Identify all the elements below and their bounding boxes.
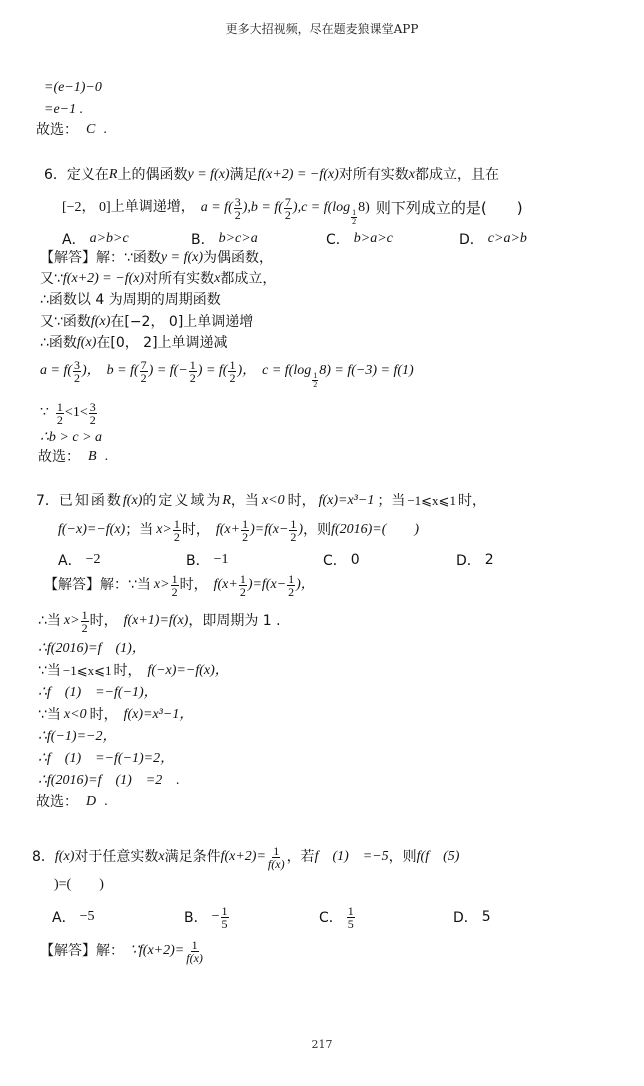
- option-value: 2: [485, 552, 494, 568]
- q7-stem-line1: 7． 已知函数 f(x) 的定义域为 R ，当 x<0 时， f(x)=x³−1…: [36, 492, 486, 510]
- text: 对于任意实数: [74, 848, 158, 866]
- text: ∵当: [38, 706, 61, 724]
- denominator: 2: [140, 372, 148, 384]
- math-text: )=( ): [54, 876, 104, 894]
- fraction: 12: [228, 359, 236, 384]
- math-text: x>: [154, 576, 170, 594]
- page-header-banner: 更多大招视频，尽在题麦狼课堂APP: [0, 20, 644, 37]
- math-text: ∴b > c > a: [40, 429, 102, 447]
- fraction: 32: [89, 401, 97, 426]
- q6-solution-line7: ∵ 12 <1< 32: [40, 398, 98, 428]
- option-label: D．: [453, 907, 478, 927]
- math-text: R: [109, 166, 118, 184]
- option-label: B．: [186, 550, 210, 570]
- math-text: 8) = f(−3) = f(1): [319, 362, 413, 380]
- math-text: ∴f (1) =−f(−1)，: [38, 684, 158, 702]
- fraction: 12: [56, 401, 64, 426]
- q8-option-d[interactable]: D．5: [453, 902, 491, 932]
- math-text: ∴f (1) =−f(−1)=2，: [38, 750, 174, 768]
- q8-option-b[interactable]: B．−15: [184, 902, 230, 932]
- fraction: 32: [73, 359, 81, 384]
- q7-solution-line1: 【解答】解： ∵当 x> 12 时， f(x+ 12 )=f(x− 12 )，: [44, 570, 315, 600]
- numerator: 1: [239, 573, 247, 586]
- text: 对所有实数: [144, 270, 214, 288]
- text: ∵当: [38, 662, 61, 680]
- math-text: )，: [296, 576, 315, 594]
- denominator: f(x): [267, 858, 286, 870]
- option-label: B．: [191, 229, 215, 249]
- text: ，即周期为 1 .: [188, 612, 280, 630]
- q6-stem-line2: [−2， 0]上单调递增， a = f( 32 ),b = f( 72 ),c …: [62, 192, 523, 224]
- q7-solution-line9: ∴f(2016)=f (1) =2 .: [38, 772, 180, 790]
- text: ∴函数: [40, 334, 77, 352]
- text: 则下列成立的是( ): [376, 199, 523, 217]
- math-text: f(x): [77, 334, 96, 352]
- math-text: f(x)=x³−1: [319, 492, 375, 510]
- text: 时，: [90, 706, 118, 724]
- math-text: ),b = f(: [243, 199, 283, 217]
- text: 又∵函数: [40, 313, 91, 331]
- text: 都成立，: [220, 270, 276, 288]
- denominator: 2: [228, 372, 236, 384]
- math-text: y = f(x): [161, 249, 203, 267]
- fraction: 15: [221, 905, 229, 930]
- text: 时，: [182, 521, 210, 539]
- because-symbol: ∵: [40, 404, 49, 422]
- fraction: 12: [173, 518, 181, 543]
- q6-answer: 故选： B .: [38, 448, 108, 466]
- q8-stem-line1: 8． f(x) 对于任意实数 x 满足条件 f(x+2)= 1f(x) ，若 f…: [32, 842, 459, 872]
- denominator: 2: [287, 586, 295, 598]
- option-value: −5: [80, 909, 95, 925]
- denominator: 2: [351, 218, 357, 226]
- fraction: 72: [284, 196, 292, 221]
- prev-line-1: =(e−1)−0: [44, 79, 102, 97]
- numerator: 3: [234, 196, 242, 209]
- math-text: c = f(log: [262, 362, 311, 380]
- fraction: 12: [239, 573, 247, 598]
- prev-answer: 故选： C .: [36, 121, 107, 139]
- fraction: 12: [241, 518, 249, 543]
- q6-solution-line8: ∴b > c > a: [40, 429, 102, 447]
- text: ∵函数: [124, 249, 161, 267]
- denominator: 2: [89, 414, 97, 426]
- denominator: 2: [284, 209, 292, 221]
- text: ∴当: [38, 612, 61, 630]
- math-text: f(x+2)=: [221, 848, 266, 866]
- prev-line-2: =e−1 .: [44, 101, 83, 119]
- math-text: f(x+: [216, 521, 240, 539]
- text: [−2， 0]上单调递增，: [62, 199, 195, 217]
- question-number: 6．: [44, 166, 67, 184]
- punct: .: [103, 121, 107, 139]
- page-number: 217: [0, 1038, 644, 1051]
- answer-label: 故选：: [38, 448, 80, 466]
- q7-solution-line2: ∴当 x> 12 时， f(x+1)=f(x) ，即周期为 1 .: [38, 606, 281, 636]
- fraction: 15: [347, 905, 355, 930]
- option-label: A．: [52, 907, 76, 927]
- numerator: 1: [189, 359, 197, 372]
- option-value: 0: [351, 552, 360, 568]
- text: ，若: [287, 848, 315, 866]
- denominator: 5: [221, 918, 229, 930]
- option-value: 5: [482, 909, 491, 925]
- q7-option-c[interactable]: C．0: [323, 550, 360, 570]
- denominator: 2: [73, 372, 81, 384]
- q7-solution-line4: ∵当 −1⩽x⩽1 时， f(−x)=−f(x)，: [38, 662, 229, 680]
- q8-solution-line1: 【解答】解： ∵f(x+2)= 1f(x): [40, 934, 205, 968]
- text: 时，: [114, 662, 142, 680]
- option-label: C．: [319, 907, 343, 927]
- text: 时，: [458, 492, 486, 510]
- math-text: ∴f(−1)=−2，: [38, 728, 116, 746]
- denominator: 2: [56, 414, 64, 426]
- option-value: b>a>c: [354, 231, 393, 247]
- math-text: f(f (5): [417, 848, 460, 866]
- punct: .: [104, 793, 108, 811]
- math-text: a = f(: [201, 199, 233, 217]
- answer-label: 故选：: [36, 793, 78, 811]
- fraction: 32: [234, 196, 242, 221]
- math-text: f(−x)=−f(x)，: [148, 662, 229, 680]
- q7-solution-line3: ∴f(2016)=f (1)，: [38, 640, 146, 658]
- q7-option-b[interactable]: B．−1: [186, 550, 229, 570]
- answer-label: 故选：: [36, 121, 78, 139]
- question-number: 8．: [32, 848, 55, 866]
- text: ∵当: [128, 576, 151, 594]
- math-text: b = f(: [107, 362, 139, 380]
- denominator: 5: [347, 918, 355, 930]
- numerator: 1: [289, 518, 297, 531]
- option-label: D．: [459, 229, 484, 249]
- solution-head: 【解答】解：: [44, 576, 128, 594]
- option-value: c>a>b: [488, 231, 527, 247]
- q6-option-c[interactable]: C．b>a>c: [326, 229, 393, 249]
- math-text: f(x): [55, 848, 74, 866]
- math-text: f(x): [91, 313, 110, 331]
- numerator: 1: [173, 518, 181, 531]
- text: 对所有实数: [339, 166, 409, 184]
- numerator: 1: [287, 573, 295, 586]
- option-label: D．: [456, 550, 481, 570]
- fraction: 1f(x): [267, 845, 286, 870]
- fraction: 12: [287, 573, 295, 598]
- text: 时，: [180, 576, 208, 594]
- text: ，则: [389, 848, 417, 866]
- q6-solution-line5: ∴函数 f(x) 在[0， 2]上单调递减: [40, 334, 228, 352]
- solution-head: 【解答】解：: [40, 249, 124, 267]
- text: 满足: [230, 166, 258, 184]
- math-text: )，: [237, 362, 256, 380]
- numerator: 3: [73, 359, 81, 372]
- q6-option-b[interactable]: B．b>c>a: [191, 229, 258, 249]
- fraction: 72: [140, 359, 148, 384]
- math-text: x>: [156, 521, 172, 539]
- math-text: ∴f(2016)=f (1) =2 .: [38, 772, 180, 790]
- math-text: ),c = f(log: [293, 199, 350, 217]
- option-label: B．: [184, 907, 208, 927]
- denominator: 2: [173, 531, 181, 543]
- denominator: 2: [289, 531, 297, 543]
- text: 时，: [90, 612, 118, 630]
- math-text: )=f(x−: [250, 521, 288, 539]
- q8-stem-line2: )=( ): [54, 876, 104, 894]
- q7-solution-line7: ∴f(−1)=−2，: [38, 728, 116, 746]
- option-label: C．: [326, 229, 350, 249]
- math-text: =e−1 .: [44, 101, 83, 119]
- text: 已知函数: [59, 492, 123, 510]
- math-text: =(e−1)−0: [44, 79, 102, 97]
- q6-solution-line4: 又∵函数 f(x) 在[−2， 0]上单调递增: [40, 313, 253, 331]
- text: ，当: [231, 492, 259, 510]
- numerator: 1: [228, 359, 236, 372]
- q6-option-d[interactable]: D．c>a>b: [459, 229, 527, 249]
- math-text: a = f(: [40, 362, 72, 380]
- text: 时，: [288, 492, 316, 510]
- text: 定义在: [67, 166, 109, 184]
- option-value: −: [212, 909, 220, 925]
- math-text: x<0: [64, 706, 87, 724]
- numerator: 1: [191, 939, 199, 952]
- q6-solution-line1: 【解答】解： ∵函数 y = f(x) 为偶函数，: [40, 249, 273, 267]
- text: ∴函数以 4 为周期的周期函数: [40, 291, 221, 309]
- log-base-fraction: 12: [351, 209, 357, 226]
- numerator: 7: [140, 359, 148, 372]
- math-text: ∵f(x+2)=: [130, 942, 184, 960]
- math-text: x<0: [262, 492, 285, 510]
- q7-option-a[interactable]: A．−2: [58, 550, 100, 570]
- denominator: 2: [171, 586, 179, 598]
- text: 在[−2， 0]上单调递增: [110, 313, 253, 331]
- q6-solution-line3: ∴函数以 4 为周期的周期函数: [40, 291, 221, 309]
- q7-stem-line2: f(−x)=−f(x) ；当 x> 12 时， f(x+ 12 )=f(x− 1…: [58, 515, 419, 545]
- math-text: )，: [82, 362, 101, 380]
- text: 满足条件: [165, 848, 221, 866]
- math-text: f(x+2) = −f(x): [258, 166, 339, 184]
- log-base-fraction: 12: [312, 372, 318, 389]
- q8-option-a[interactable]: A．−5: [52, 902, 94, 932]
- fraction: 12: [81, 609, 89, 634]
- q6-solution-line2: 又∵ f(x+2) = −f(x) 对所有实数 x 都成立，: [40, 270, 276, 288]
- q7-solution-line5: ∴f (1) =−f(−1)，: [38, 684, 158, 702]
- text: ，则: [303, 521, 331, 539]
- q7-option-d[interactable]: D．2: [456, 550, 494, 570]
- answer-value: B: [88, 448, 97, 466]
- punct: .: [105, 448, 109, 466]
- math-text: ∴f(2016)=f (1)，: [38, 640, 146, 658]
- numerator: 1: [221, 905, 229, 918]
- question-number: 7．: [36, 492, 59, 510]
- fraction: 12: [289, 518, 297, 543]
- q7-answer: 故选： D .: [36, 793, 108, 811]
- math-text: −1⩽x⩽1: [407, 492, 456, 510]
- math-text: ) = f(: [198, 362, 228, 380]
- numerator: 7: [284, 196, 292, 209]
- answer-value: D: [86, 793, 96, 811]
- solution-head: 【解答】解：: [40, 942, 124, 960]
- math-text: R: [222, 492, 231, 510]
- math-text: f(x)=x³−1，: [124, 706, 194, 724]
- denominator: 2: [239, 586, 247, 598]
- option-value: a>b>c: [90, 231, 129, 247]
- option-label: A．: [58, 550, 82, 570]
- denominator: 2: [81, 622, 89, 634]
- q8-option-c[interactable]: C．15: [319, 902, 356, 932]
- text: ；当: [125, 521, 153, 539]
- numerator: 1: [347, 905, 355, 918]
- math-text: y = f(x): [187, 166, 229, 184]
- denominator: 2: [234, 209, 242, 221]
- math-text: f(−x)=−f(x): [58, 521, 125, 539]
- q6-solution-line6: a = f( 32 )， b = f( 72 ) = f(− 12 ) = f(…: [40, 356, 414, 386]
- text: 在[0， 2]上单调递减: [96, 334, 227, 352]
- text: 的定义域为: [142, 492, 222, 510]
- option-value: −2: [86, 552, 101, 568]
- math-text: f(x+1)=f(x): [124, 612, 189, 630]
- fraction: 1f(x): [185, 939, 204, 964]
- text: 都成立，且在: [415, 166, 499, 184]
- math-text: ) = f(−: [149, 362, 188, 380]
- math-text: <1<: [65, 404, 88, 422]
- text: 上的偶函数: [117, 166, 187, 184]
- text: 为偶函数，: [203, 249, 273, 267]
- denominator: 2: [241, 531, 249, 543]
- q6-option-a[interactable]: A．a>b>c: [62, 229, 129, 249]
- math-text: f(x): [123, 492, 142, 510]
- text: 又∵: [40, 270, 63, 288]
- math-text: )=f(x−: [248, 576, 286, 594]
- numerator: 1: [171, 573, 179, 586]
- numerator: 1: [56, 401, 64, 414]
- fraction: 12: [171, 573, 179, 598]
- numerator: 1: [81, 609, 89, 622]
- math-text: f(x+2) = −f(x): [63, 270, 144, 288]
- math-text: 8): [358, 199, 370, 217]
- math-text: x>: [64, 612, 80, 630]
- q6-stem-line1: 6． 定义在 R 上的偶函数 y = f(x) 满足 f(x+2) = −f(x…: [44, 166, 499, 184]
- text: ；当: [377, 492, 405, 510]
- option-label: A．: [62, 229, 86, 249]
- denominator: 2: [189, 372, 197, 384]
- q7-solution-line6: ∵当 x<0 时， f(x)=x³−1，: [38, 706, 193, 724]
- fraction: 12: [189, 359, 197, 384]
- numerator: 1: [272, 845, 280, 858]
- math-text: f (1) =−5: [315, 848, 389, 866]
- math-text: −1⩽x⩽1: [63, 662, 112, 680]
- option-label: C．: [323, 550, 347, 570]
- q7-solution-line8: ∴f (1) =−f(−1)=2，: [38, 750, 174, 768]
- option-value: −1: [214, 552, 229, 568]
- math-text: f(2016)=( ): [331, 521, 419, 539]
- option-value: b>c>a: [219, 231, 258, 247]
- answer-value: C: [86, 121, 95, 139]
- numerator: 3: [89, 401, 97, 414]
- denominator: f(x): [185, 952, 204, 964]
- denominator: 2: [312, 381, 318, 389]
- math-text: f(x+: [214, 576, 238, 594]
- numerator: 1: [241, 518, 249, 531]
